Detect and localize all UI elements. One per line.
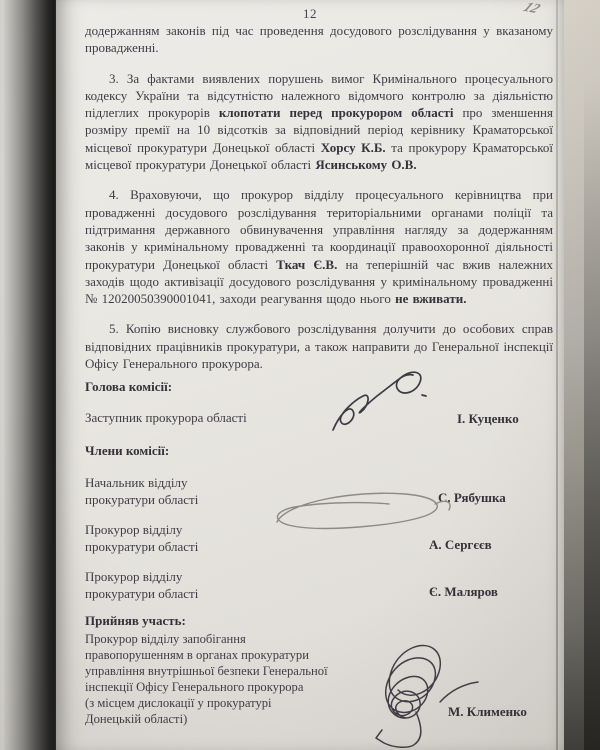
member-1-position-line1: Начальник відділу	[85, 475, 188, 491]
participant-position-line5: (з місцем дислокації у прокуратурі	[85, 696, 272, 711]
paragraph-4: 4. Враховуючи, що прокурор відділу проце…	[85, 186, 553, 307]
document-photo: 12 12 додержанням законів під час провед…	[0, 0, 600, 750]
page-stack-shadow	[584, 80, 600, 750]
member-2-position-line1: Прокурор відділу	[85, 522, 182, 538]
member-3-position-line1: Прокурор відділу	[85, 569, 182, 585]
participant-position-line2: правопорушенням в органах прокуратури	[85, 648, 309, 663]
member-2-position-line2: прокуратури області	[85, 539, 198, 555]
participant-position-line3: управління внутрішньої безпеки Генеральн…	[85, 664, 328, 679]
member-1-position-line2: прокуратури області	[85, 492, 198, 508]
paragraph-continuation: додержанням законів під час проведення д…	[85, 22, 553, 57]
page-number: 12	[56, 6, 564, 22]
head-position: Заступник прокурора області	[85, 410, 247, 426]
paper-fold-line	[556, 0, 558, 750]
participant-position-line4: інспекції Офісу Генерального прокурора	[85, 680, 303, 695]
paragraph-3: 3. За фактами виявлених порушень вимог К…	[85, 70, 553, 174]
member-3-position-line2: прокуратури області	[85, 586, 198, 602]
commission-head-label: Голова комісії:	[85, 379, 172, 395]
klymenko-signature	[358, 630, 488, 750]
member-2-name: А. Сергєєв	[429, 537, 492, 553]
commission-members-label: Члени комісії:	[85, 443, 169, 459]
participant-position-line1: Прокурор відділу запобігання	[85, 632, 246, 647]
kutsenko-signature	[325, 366, 440, 444]
paragraph-5: 5. Копію висновку службового розслідуван…	[85, 320, 553, 372]
member-3-name: Є. Маляров	[429, 584, 498, 600]
head-name: І. Куценко	[457, 411, 519, 427]
binder-spine	[4, 0, 58, 750]
document-body: додержанням законів під час проведення д…	[85, 22, 553, 372]
participant-position-line6: Донецькій області)	[85, 712, 187, 727]
participant-label: Прийняв участь:	[85, 613, 186, 629]
